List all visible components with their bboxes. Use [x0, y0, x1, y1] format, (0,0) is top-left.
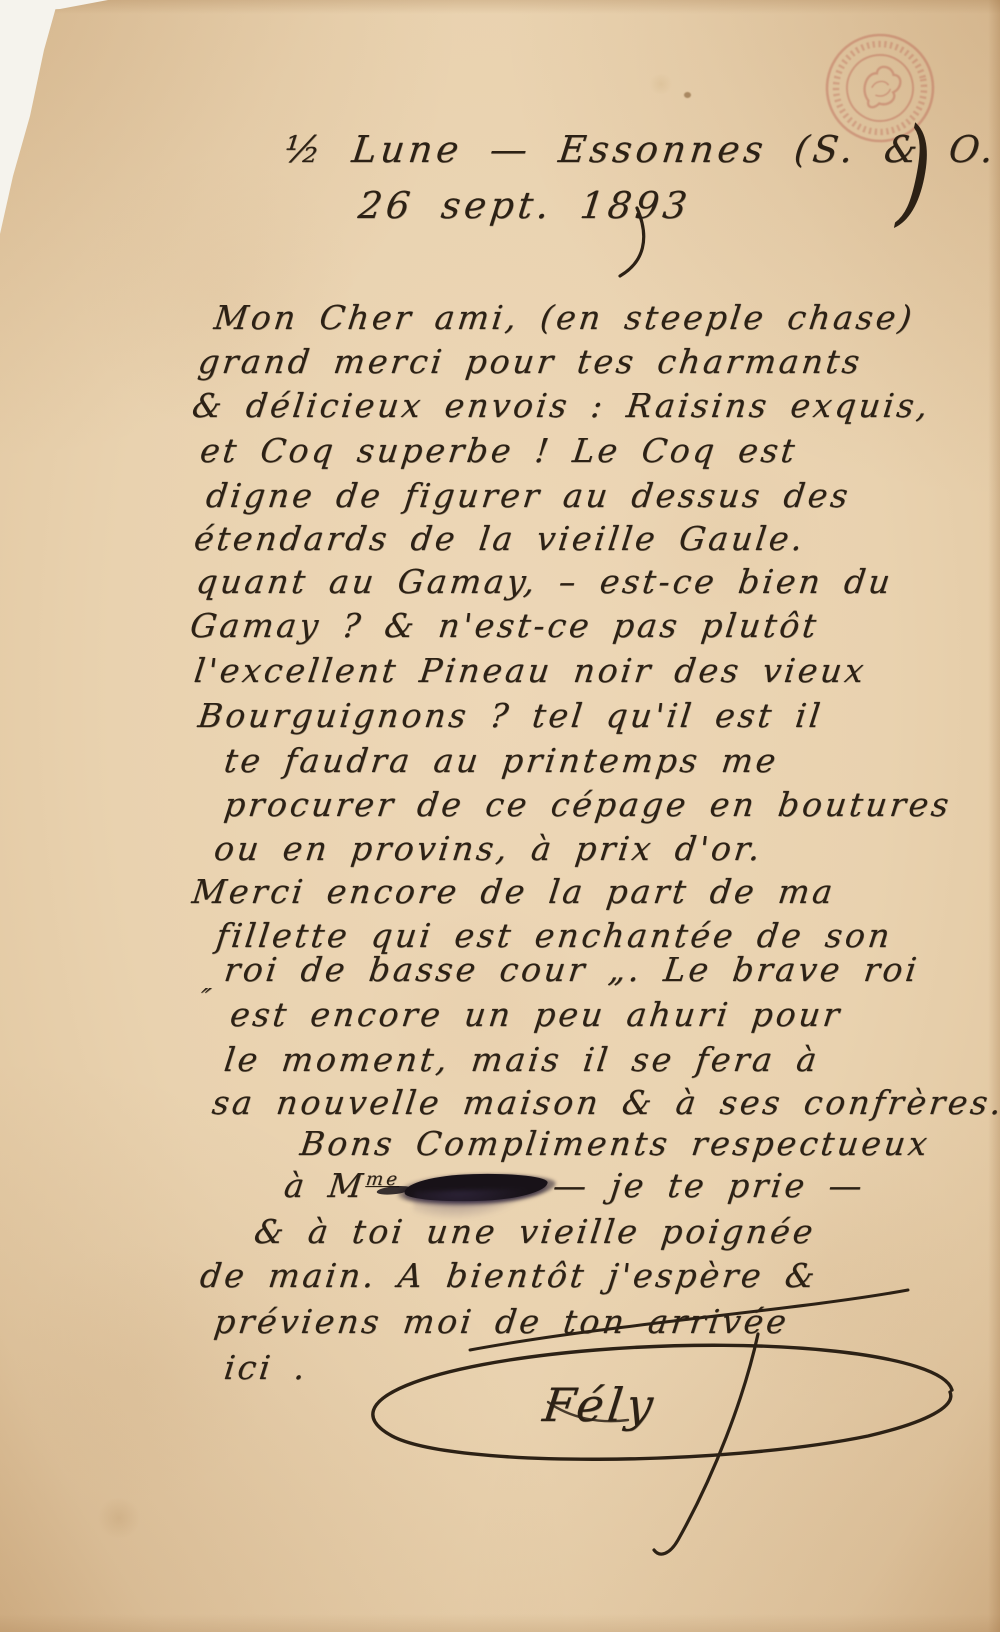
letter-line: est encore un peu ahuri pour [228, 995, 844, 1034]
letter-date-line: 26 sept. 1893 [356, 184, 693, 227]
letter-line: te faudra au printemps me [222, 741, 781, 780]
ink-redaction-smudge [404, 1172, 549, 1203]
letter-line: préviens moi de ton arrivée [212, 1302, 791, 1341]
letter-line: ici . [222, 1348, 310, 1387]
letter-line: le moment, mais il se fera à [222, 1040, 822, 1079]
letter-line: Bons Compliments respectueux [298, 1124, 932, 1163]
letter-scan: { "letter": { "header": { "place_line": … [0, 0, 1000, 1632]
letter-place-line: ½ Lune — Essonnes (S. & O. [282, 128, 1000, 171]
letter-line: de main. A bientôt j'espère & [198, 1256, 820, 1295]
letter-line: procurer de ce cépage en boutures [222, 785, 954, 824]
letter-line: & à toi une vieille poignée [252, 1212, 818, 1251]
redacted-line-prefix: à M [282, 1166, 368, 1205]
letter-line: roi de basse cour „. Le brave roi [222, 950, 922, 989]
letter-line: digne de figurer au dessus des [204, 476, 853, 515]
signature: Fély [540, 1378, 660, 1432]
letter-line: Mon Cher ami, (en steeple chase) [212, 298, 917, 337]
letter-line: Gamay ? & n'est-ce pas plutôt [188, 606, 821, 645]
letter-line: et Coq superbe ! Le Coq est [198, 431, 800, 470]
letter-line: Bourguignons ? tel qu'il est il [196, 696, 825, 735]
letter-line-redacted: à Mme— je te prie — [282, 1166, 867, 1205]
letter-line: Merci encore de la part de ma [190, 872, 838, 911]
letter-line: étendards de la vieille Gaule. [192, 519, 808, 558]
letter-line: ou en provins, à prix d'or. [212, 829, 765, 868]
redacted-line-suffix: — je te prie — [551, 1166, 867, 1205]
letter-line: sa nouvelle maison & à ses confrères. [210, 1083, 1000, 1122]
letter-line: grand merci pour tes charmants [196, 342, 865, 381]
letter-line: quant au Gamay, – est-ce bien du [194, 562, 895, 601]
letter-line: l'excellent Pineau noir des vieux [192, 651, 869, 690]
letter-line: & délicieux envois : Raisins exquis, [190, 386, 933, 425]
